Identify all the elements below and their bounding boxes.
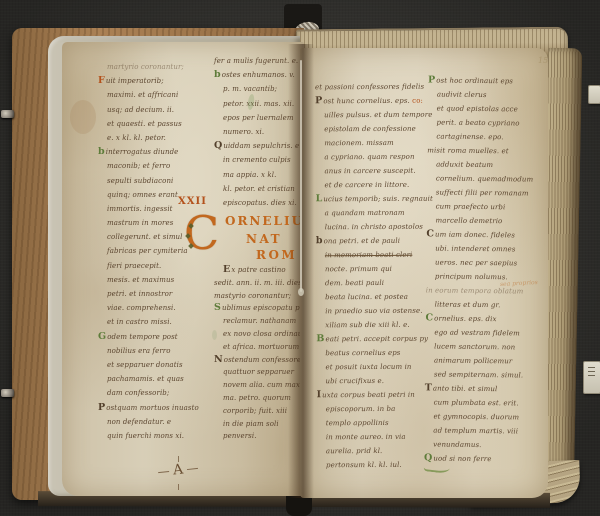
line-text: et quod epistolas acce: [437, 105, 518, 114]
line-text: immortis. ingessit: [107, 205, 173, 213]
line-text: cum praefecto urbi: [436, 203, 506, 212]
manuscript-text-line: marcello demetrio: [426, 213, 534, 228]
line-text: et gymnocopis. duorum: [433, 413, 519, 422]
manuscript-text-line: ubi. intenderet omnes: [426, 241, 534, 256]
line-text: et quaesti. et passus: [107, 120, 182, 128]
sewing-thread-knot: [298, 288, 304, 296]
manuscript-text-line: dam confessorib;: [98, 386, 212, 400]
manuscript-text-line: et posuit iuxta locum in: [316, 360, 430, 375]
manuscript-text-line: macionem. missam: [315, 136, 429, 151]
line-text: fabricas per cymiteria: [107, 247, 188, 255]
bookmark-tab-upper: [588, 85, 600, 104]
line-text: dam confessorib;: [107, 389, 169, 397]
manuscript-text-line: fieri praecepit.: [98, 259, 212, 273]
line-text: quattuor sepparuer: [223, 368, 294, 376]
line-text: corporib; fuit. xiii: [223, 407, 287, 415]
folio-number: 15: [538, 56, 548, 65]
line-text: in praedio suo via ostense.: [325, 307, 422, 316]
line-text: anus in carcere suscepit.: [324, 167, 415, 175]
manuscript-text-line: templo appollinis: [317, 416, 431, 431]
line-text: ostes enhumanos. v.: [222, 71, 295, 79]
manuscript-text-line: sepulti subdiaconi: [98, 174, 212, 188]
line-text: nobilius era ferro: [107, 347, 171, 355]
manuscript-text-line: Post hoc ordinauit eps: [428, 73, 536, 88]
line-text: pertonsum kl. kl. iul.: [326, 461, 402, 469]
manuscript-text-line: xiliam sub die xiii kl. e.: [316, 318, 430, 333]
manuscript-text-line: venundamus.: [424, 437, 532, 452]
line-text: petor. xxii. mas. xii.: [223, 100, 294, 108]
line-text: uxta corpus beati petri in: [322, 391, 415, 399]
quire-signature: A: [153, 460, 203, 481]
manuscript-text-line: et de carcere in littore.: [315, 178, 429, 193]
manuscript-text-line: in monte aureo. in via: [317, 430, 431, 445]
line-text: litteras et dum gr.: [435, 301, 501, 310]
manuscript-text-line: non defendatur. e: [98, 415, 212, 429]
manuscript-text-line: animarum pollicemur: [425, 353, 533, 368]
manuscript-text-line: Cum iam donec. fideles: [426, 227, 534, 242]
line-text: um iam donec. fideles: [435, 231, 515, 240]
line-text: principum nolumus.: [435, 273, 508, 282]
line-text: misit roma muelles. et: [427, 146, 509, 155]
line-text: x patre castino: [231, 266, 285, 274]
line-text: mastrum in mores: [107, 219, 173, 227]
manuscript-text-line: et gymnocopis. duorum: [424, 409, 532, 424]
line-text: numero. xi.: [223, 128, 264, 136]
manuscript-text-line: perit. a beato cypriano: [427, 115, 535, 130]
line-text: maconib; et ferro: [107, 162, 170, 170]
manuscript-text-line: Iuxta corpus beati petri in: [317, 388, 431, 403]
manuscript-text-line: et quod epistolas acce: [428, 101, 536, 116]
manuscript-text-line: episcoporum. in ba: [317, 402, 431, 417]
manuscript-text-line: Quod si non ferre: [424, 451, 532, 466]
colored-initial: F: [98, 75, 106, 86]
clasp-pin-lower: [1, 389, 14, 397]
manuscript-text-line: Godem tempore post: [98, 330, 212, 344]
line-text: in memoriam beati cleri: [325, 251, 413, 259]
line-text: mastyrio coronantur;: [214, 292, 291, 300]
line-text: beatus cornelius eps: [325, 349, 400, 357]
manuscript-text-line: ueros. nec per saepius: [426, 255, 534, 270]
line-text: pachamamis. et quas: [107, 375, 184, 383]
line-text: penversi.: [223, 432, 257, 440]
manuscript-text-line: Lucius temporib; suis. regnauit: [316, 192, 430, 207]
manuscript-text-line: Cornelius. eps. dix: [425, 311, 533, 326]
line-text: petri. et innostror: [107, 290, 172, 298]
manuscript-text-line: in praedio suo via ostense.: [316, 304, 430, 319]
line-text: anto tibi. et simul: [433, 385, 498, 394]
manuscript-text-line: et quaesti. et passus: [98, 117, 212, 131]
line-text: a quandam matronam: [325, 209, 405, 217]
colored-initial: b: [214, 69, 222, 80]
manuscript-text-line: Fuit imperatorib;: [98, 74, 212, 88]
manuscript-text-line: a quandam matronam: [316, 206, 430, 221]
line-text: nocte. primum qui: [325, 265, 392, 273]
line-text: collegerunt. et simul: [107, 233, 183, 241]
line-text: ost hoc ordinauit eps: [436, 77, 513, 86]
line-text: martyrio coronantur;: [107, 63, 184, 71]
line-text: adduxit beatum: [436, 161, 493, 170]
line-text: reclamur. nathanam: [223, 317, 296, 325]
manuscript-text-line: dem. beati pauli: [316, 276, 430, 291]
colored-initial: L: [316, 193, 324, 204]
line-text: dem. beati pauli: [325, 279, 384, 287]
line-text: venundamus.: [433, 441, 481, 450]
line-text: sed sempiternam. simul.: [434, 371, 523, 380]
manuscript-text-line: e. x kl. kl. petor.: [98, 131, 212, 145]
line-text: in eorum tempora oblatum: [426, 286, 524, 295]
line-text: uilles pulsus. et dum tempore: [324, 111, 432, 120]
manuscript-text-line: cornelium. quemadmodum: [427, 171, 535, 186]
line-text: et passioni confessores fidelis: [315, 83, 424, 92]
manuscript-text-line: ad templum martis. viii: [424, 423, 532, 438]
line-text: kl. petor. et cristian: [223, 185, 295, 193]
line-text: ubi. intenderet omnes: [435, 245, 515, 254]
clasp-pin-upper: [1, 110, 14, 118]
left-page: martyrio coronantur;Fuit imperatorib;max…: [62, 42, 304, 496]
manuscript-text-line: misit roma muelles. et: [427, 143, 535, 158]
manuscript-text-line: petri. et innostror: [98, 287, 212, 301]
line-text: perit. a beato cypriano: [436, 119, 519, 128]
line-text: a cypriano. quam respon: [324, 153, 414, 161]
manuscript-text-line: suffecti filii per romanam: [427, 185, 535, 200]
colored-initial: C: [426, 228, 435, 239]
line-text: et de carcere in littore.: [325, 181, 410, 189]
line-text: ueros. nec per saepius: [435, 259, 517, 268]
manuscript-text-line: Postquam mortuos inuasto: [98, 401, 212, 415]
line-text: ost hunc cornelius. eps.: [323, 97, 412, 105]
manuscript-text-line: aurelia. prid kl.: [317, 444, 431, 459]
line-text: ego ad vestram fidelem: [434, 329, 520, 338]
manuscript-text-line: nobilius era ferro: [98, 344, 212, 358]
line-text: e. x kl. kl. petor.: [107, 134, 166, 142]
parchment-stain: [70, 100, 96, 134]
line-text: fieri praecepit.: [107, 262, 161, 270]
line-text: in cremento culpis: [223, 156, 291, 164]
manuscript-text-line: nocte. primum qui: [316, 262, 430, 277]
manuscript-text-line: binterrogatus diunde: [98, 145, 212, 159]
line-text: epistolam de confessione: [324, 125, 416, 133]
manuscript-text-line: lucem sanctorum. non: [425, 339, 533, 354]
colored-initial: b: [98, 146, 106, 157]
bookmark-tab-lower: [583, 361, 600, 394]
manuscript-text-line: audivit clerus: [428, 87, 536, 102]
line-text: maximi. et affricani: [107, 91, 178, 99]
manuscript-text-line: cartaginense. epo.: [427, 129, 535, 144]
rubric-natione: NAT: [246, 232, 282, 246]
line-text: in monte aureo. in via: [326, 433, 406, 441]
manuscript-text-line: lucina. in christo apostolos: [316, 220, 430, 235]
manuscript-text-line: cum praefecto urbi: [427, 199, 535, 214]
colored-initial: C: [425, 312, 434, 323]
line-text: epos per luernalem: [223, 114, 294, 122]
colored-initial: B: [316, 333, 325, 344]
manuscript-text-line: quin fuerchi mons xi.: [98, 429, 212, 443]
line-text: eati petri. accepit corpus py: [325, 335, 428, 344]
manuscript-text-line: et sepparuer donatis: [98, 358, 212, 372]
manuscript-text-line: beata lucina. et postea: [316, 290, 430, 305]
colored-initial: b: [316, 235, 324, 246]
line-text: cum plumbata est. erit.: [434, 399, 519, 408]
line-text: macionem. missam: [324, 139, 393, 147]
line-text: et in castro missi.: [107, 318, 172, 326]
line-text: aurelia. prid kl.: [326, 447, 382, 455]
manuscript-text-line: mesis. et maximus: [98, 273, 212, 287]
manuscript-text-line: cum plumbata est. erit.: [425, 395, 533, 410]
line-text: fer a mulis fugerunt. e.: [214, 57, 298, 65]
line-text: cartaginense. epo.: [436, 133, 503, 142]
line-text: xiliam sub die xiii kl. e.: [325, 321, 409, 329]
line-text: ucius temporib; suis. regnauit: [323, 195, 433, 204]
manuscript-text-line: ubi crucifixus e.: [317, 374, 431, 389]
manuscript-text-line: litteras et dum gr.: [426, 297, 534, 312]
manuscript-text-line: Tanto tibi. et simul: [425, 381, 533, 396]
line-text: templo appollinis: [326, 419, 389, 427]
line-text: quin fuerchi mons xi.: [107, 432, 184, 440]
manuscript-text-line: et in castro missi.: [98, 315, 212, 329]
manuscript-text-line: pachamamis. et quas: [98, 372, 212, 386]
manuscript-text-line: usq; ad decium. ii.: [98, 103, 212, 117]
manuscript-text-line: martyrio coronantur;: [98, 60, 212, 74]
line-text: non defendatur. e: [107, 418, 171, 426]
line-text: usq; ad decium. ii.: [107, 106, 174, 114]
line-text: suffecti filii per romanam: [436, 189, 529, 198]
right-page: et passioni confessores fidelisPost hunc…: [300, 48, 548, 498]
manuscript-text-line: uilles pulsus. et dum tempore: [315, 108, 429, 123]
manuscript-text-line: adduxit beatum: [427, 157, 535, 172]
line-text: in die piam soli: [223, 420, 279, 428]
line-text: audivit clerus: [437, 91, 487, 100]
quire-mark-tick: [178, 484, 179, 490]
line-text: uod si non ferre: [433, 455, 491, 464]
right-page-column-2: Post hoc ordinauit epsaudivit cleruset q…: [424, 73, 536, 466]
line-text: ornelius. eps. dix: [434, 315, 496, 324]
line-text: quinq; omnes erant: [107, 191, 178, 199]
line-text: lucem sanctorum. non: [434, 343, 515, 352]
line-text: et sepparuer donatis: [107, 361, 183, 369]
manuscript-text-line: sed sempiternam. simul.: [425, 367, 533, 382]
manuscript-text-line: viae. comprehensi.: [98, 301, 212, 315]
line-text: ma appia. x kl.: [223, 171, 276, 179]
colored-initial: P: [98, 402, 106, 413]
sewing-thread: [300, 60, 302, 292]
line-text: sepulti subdiaconi: [107, 177, 173, 185]
manuscript-text-line: et passioni confessores fidelis: [315, 80, 429, 95]
line-text: marcello demetrio: [435, 217, 502, 226]
line-text: ubi crucifixus e.: [326, 377, 385, 385]
line-text: ona petri. et de pauli: [324, 237, 401, 245]
manuscript-text-line: maximi. et affricani: [98, 88, 212, 102]
line-text: cornelium. quemadmodum: [436, 175, 533, 184]
photo-background: martyrio coronantur;Fuit imperatorib;max…: [0, 0, 600, 516]
rubricated-word: co:: [412, 97, 423, 105]
manuscript-text-line: anus in carcere suscepit.: [315, 164, 429, 179]
line-text: ma. petro. quorum: [223, 394, 291, 402]
colored-initial: N: [214, 354, 224, 365]
green-paint-smudge: [212, 330, 217, 340]
manuscript-text-line: epistolam de confessione: [315, 122, 429, 137]
line-text: uit imperatorib;: [106, 77, 164, 85]
decorated-initial-C: C: [184, 210, 219, 256]
manuscript-text-line: a cypriano. quam respon: [315, 150, 429, 165]
manuscript-text-line: ego ad vestram fidelem: [425, 325, 533, 340]
line-text: animarum pollicemur: [434, 357, 512, 366]
line-text: viae. comprehensi.: [107, 304, 176, 312]
manuscript-text-line: Beati petri. accepit corpus py: [316, 332, 430, 347]
manuscript-text-line: in memoriam beati cleri: [316, 248, 430, 263]
colored-initial: S: [214, 302, 222, 313]
line-text: et posuit iuxta locum in: [325, 363, 411, 371]
manuscript-text-line: Post hunc cornelius. eps. co:: [315, 94, 429, 109]
line-text: interrogatus diunde: [106, 148, 179, 156]
line-text: episcopatus. dies xi.: [223, 199, 297, 207]
line-text: odem tempore post: [107, 333, 178, 341]
line-text: ad templum martis. viii: [433, 427, 518, 436]
line-text: beata lucina. et postea: [325, 293, 408, 301]
manuscript-text-line: bona petri. et de pauli: [316, 234, 430, 249]
right-page-column-1: et passioni confessores fidelisPost hunc…: [315, 80, 431, 473]
line-text: lucina. in christo apostolos: [325, 223, 423, 232]
line-text: mesis. et maximus: [107, 276, 174, 284]
colored-initial: Q: [214, 140, 223, 151]
manuscript-text-line: beatus cornelius eps: [316, 346, 430, 361]
manuscript-text-line: maconib; et ferro: [98, 159, 212, 173]
colored-initial: G: [98, 331, 107, 342]
line-text: episcoporum. in ba: [326, 405, 396, 413]
line-text: ostquam mortuos inuasto: [106, 404, 199, 412]
line-text: p. m. vacantib;: [223, 85, 277, 93]
manuscript-text-line: pertonsum kl. kl. iul.: [317, 458, 431, 473]
